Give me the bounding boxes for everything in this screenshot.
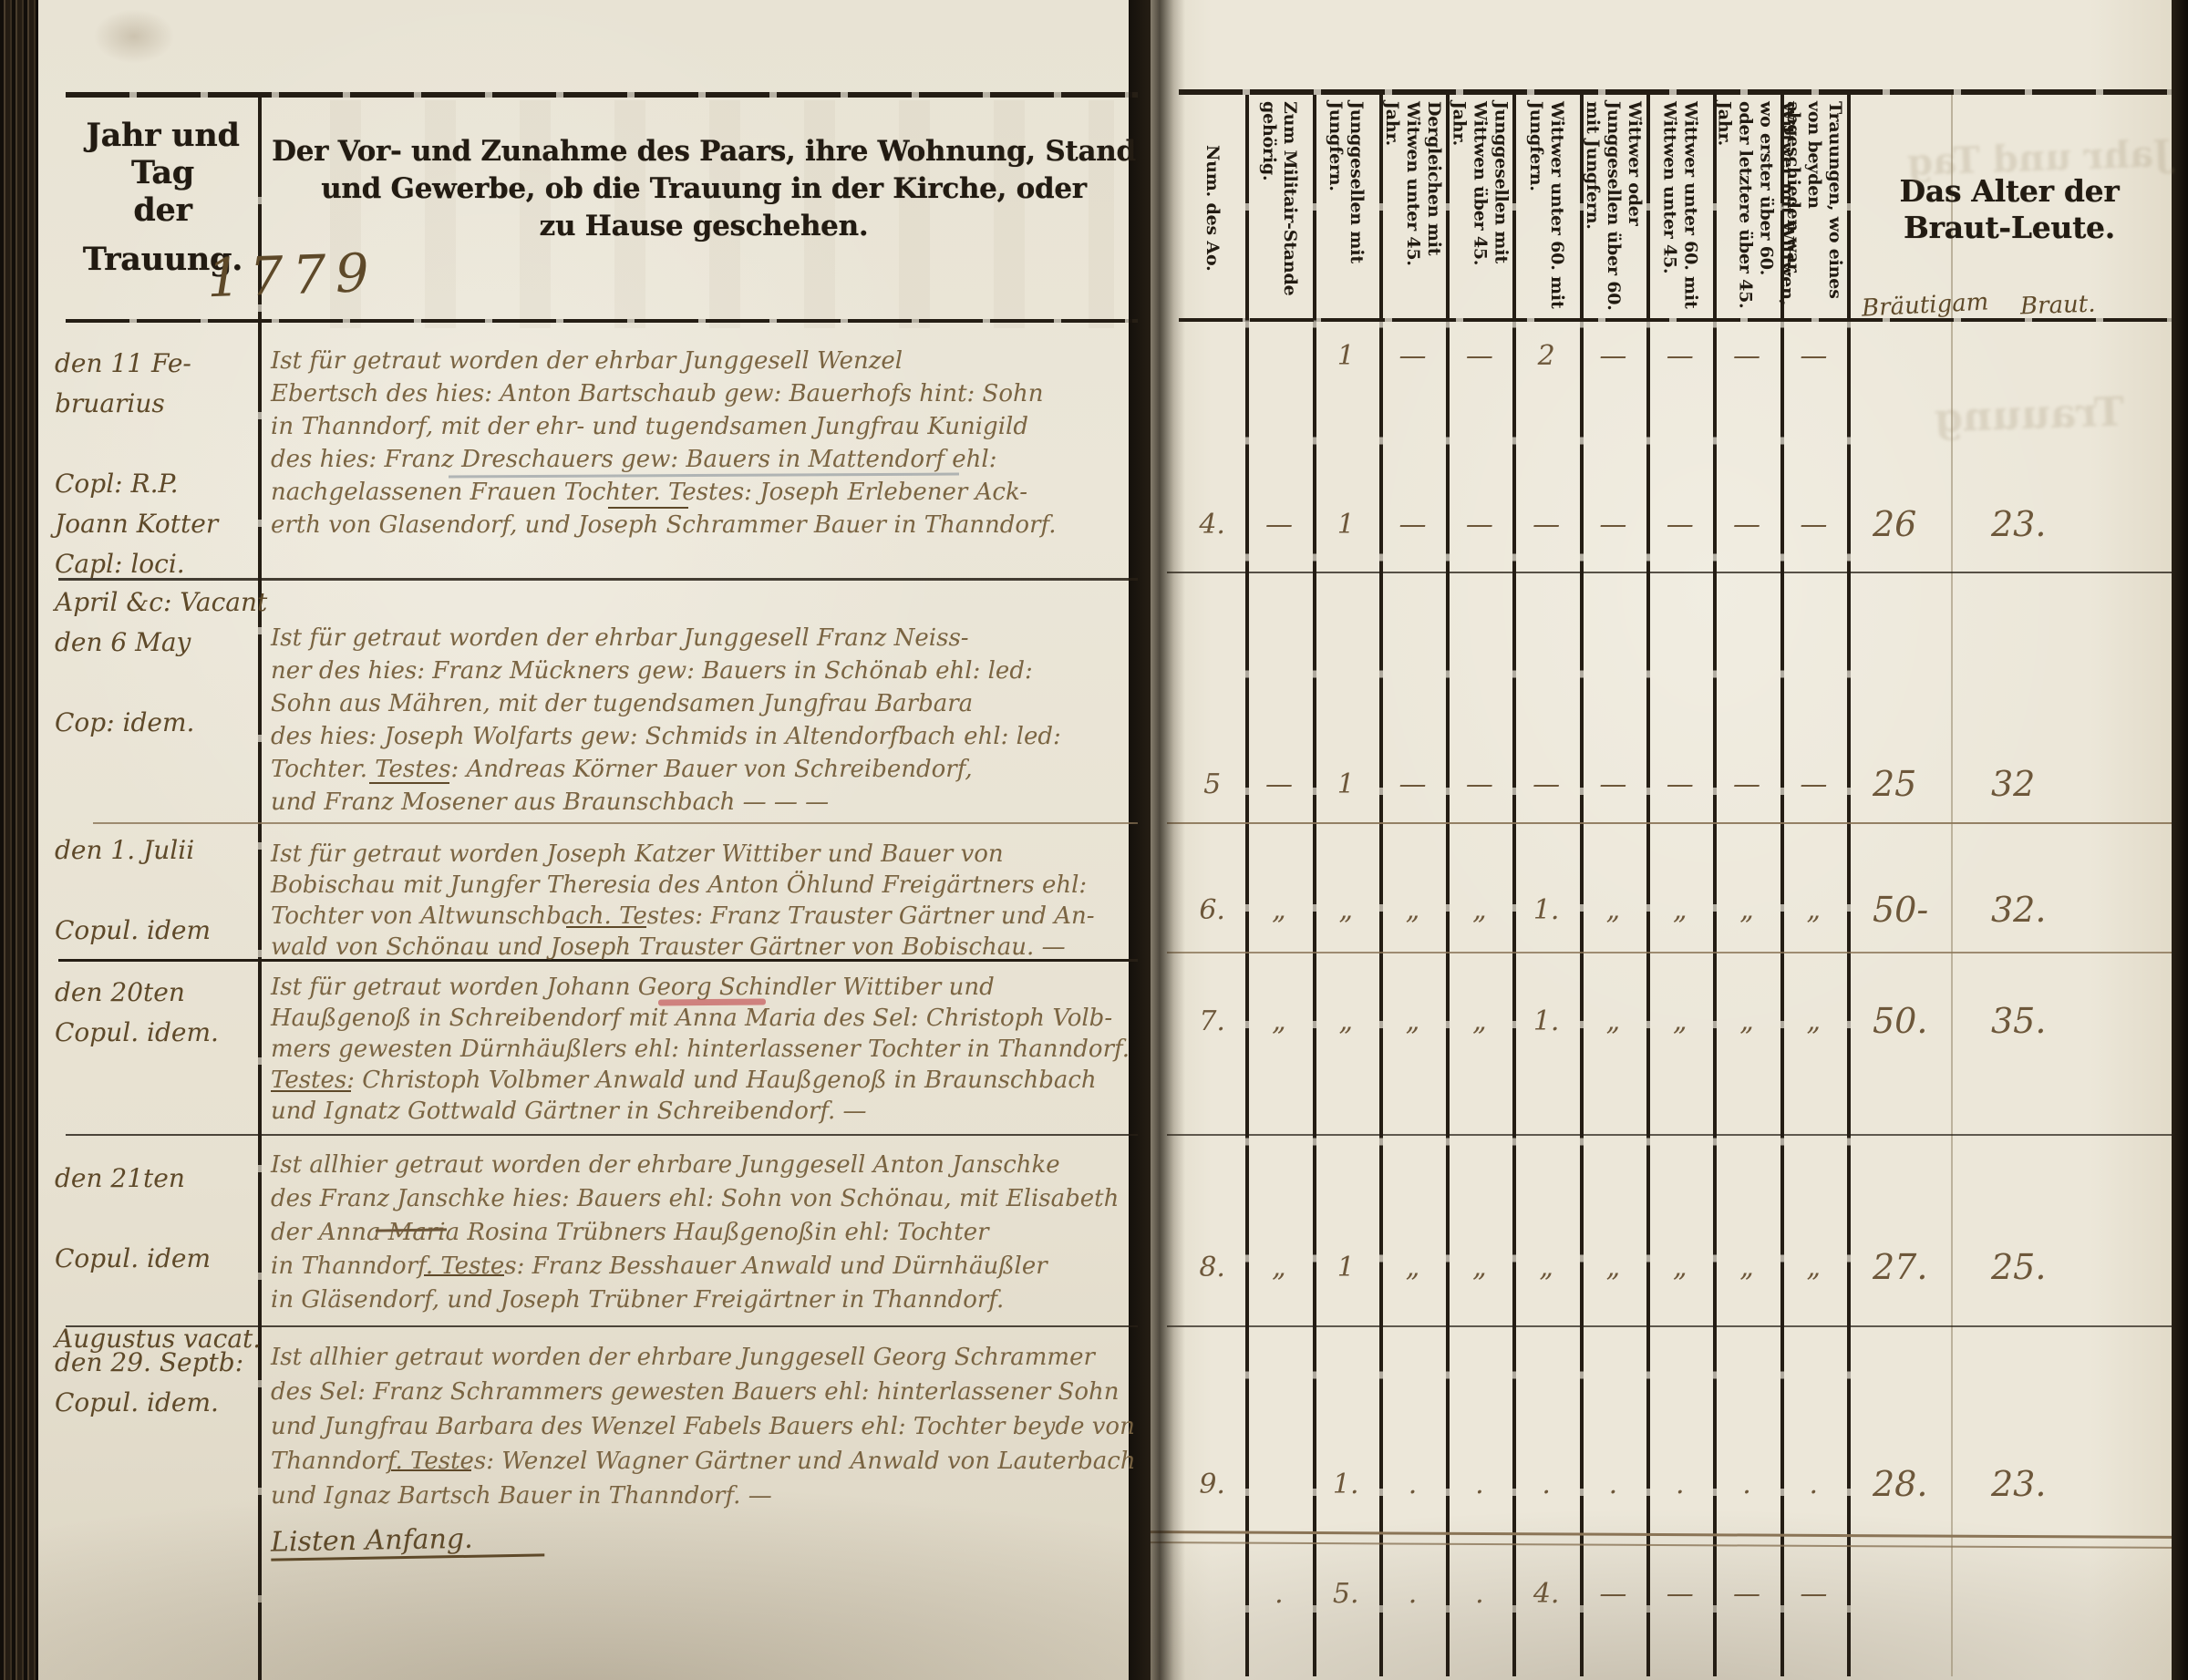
table-cell: „ bbox=[1379, 894, 1446, 926]
body-line: in Gläsendorf, und Joseph Trübner Freigä… bbox=[271, 1283, 1137, 1317]
margin-line: bruarius bbox=[55, 388, 263, 428]
column-header-cell: Wittwer unter 60. mit Jungfern. bbox=[1512, 95, 1579, 321]
table-cell: — bbox=[1780, 1578, 1847, 1610]
body-line: Ist für getraut worden Johann Georg Schi… bbox=[271, 972, 1137, 1003]
table-cell: — bbox=[1512, 509, 1579, 541]
body-line: erth von Glasendorf, und Joseph Schramme… bbox=[271, 509, 1137, 541]
header-line: Jahr und Tag bbox=[66, 117, 260, 191]
margin-line bbox=[55, 1283, 263, 1324]
table-cell: „ bbox=[1646, 1252, 1713, 1283]
body-line: Tochter. Testes: Andreas Körner Bauer vo… bbox=[271, 753, 1137, 786]
table-cell: — bbox=[1379, 768, 1446, 800]
table-cell: — bbox=[1580, 509, 1646, 541]
row-separator bbox=[1167, 1325, 2172, 1327]
totals-row: .5...4.———— bbox=[1179, 1555, 2172, 1632]
body-line: Ist für getraut worden Joseph Katzer Wit… bbox=[271, 839, 1137, 870]
age-header-block: Das Alter der Braut-Leute. Bräutigam Bra… bbox=[1847, 95, 2172, 321]
table-row: 4.—1———————2623. bbox=[1179, 483, 2172, 565]
footer-note: Listen Anfang. bbox=[271, 1521, 545, 1561]
margin-line bbox=[55, 875, 263, 915]
entry-1-margin: den 11 Fe-bruariusCopl: R.P.Joann Kotter… bbox=[55, 348, 263, 589]
body-line: und Franz Mosener aus Braunschbach — — — bbox=[271, 786, 1137, 819]
table-cell: 1. bbox=[1313, 1469, 1379, 1500]
left-page: Jahr und TagderTrauung. Der Vor- und Zun… bbox=[38, 0, 1129, 1680]
body-line: Haußgenoß in Schreibendorf mit Anna Mari… bbox=[271, 1003, 1137, 1034]
table-cell: — bbox=[1713, 768, 1780, 800]
row-separator bbox=[1167, 572, 2172, 573]
body-line: wald von Schönau und Joseph Trauster Gär… bbox=[271, 932, 1137, 963]
body-line: Tochter von Altwunschbach. Testes: Franz… bbox=[271, 901, 1137, 932]
table-cell: „ bbox=[1245, 894, 1312, 926]
book-right-edge bbox=[2170, 0, 2188, 1680]
table-cell: 1 bbox=[1313, 340, 1379, 372]
table-cell: 1 bbox=[1313, 768, 1379, 800]
margin-line: den 6 May bbox=[55, 627, 263, 667]
body-line: Sohn aus Mähren, mit der tugendsamen Jun… bbox=[271, 687, 1137, 720]
body-line: des hies: Franz Dreschauers gew: Bauers … bbox=[271, 443, 1137, 476]
margin-line: Copul. idem. bbox=[55, 1387, 263, 1427]
body-line: Bobischau mit Jungfer Theresia des Anton… bbox=[271, 870, 1137, 901]
bride-column-label: Braut. bbox=[2020, 291, 2096, 321]
year-value: 1779 bbox=[206, 242, 379, 310]
entry-6-margin: den 29. Septb:Copul. idem. bbox=[55, 1347, 263, 1427]
body-line: und Ignaz Bartsch Bauer in Thanndorf. — bbox=[271, 1479, 1137, 1513]
table-cell: — bbox=[1580, 1578, 1646, 1610]
body-line: mers gewesten Dürnhäußlers ehl: hinterla… bbox=[271, 1034, 1137, 1065]
entry-5-body: Ist allhier getraut worden der ehrbare J… bbox=[271, 1149, 1137, 1317]
margin-line bbox=[55, 1203, 263, 1243]
row-separator bbox=[1167, 822, 2172, 824]
table-cell: 9. bbox=[1179, 1469, 1245, 1500]
body-line: des Sel: Franz Schrammers gewesten Bauer… bbox=[271, 1375, 1137, 1409]
entry-4-body: Ist für getraut worden Johann Georg Schi… bbox=[271, 972, 1137, 1127]
entry-4-margin: den 20tenCopul. idem. bbox=[55, 977, 263, 1057]
header-line: zu Hause geschehen. bbox=[266, 210, 1141, 247]
column-header-cell: Trauungen, wo eines von beyden abgeschie… bbox=[1780, 95, 1847, 321]
book-left-page-stack bbox=[0, 0, 38, 1680]
table-cell: 1 bbox=[1313, 509, 1379, 541]
column-header-cell: Junggesellen mit Jungfern. bbox=[1313, 95, 1379, 321]
header-line: und Gewerbe, ob die Trauung in der Kirch… bbox=[266, 172, 1141, 210]
entry-2-body: Ist für getraut worden der ehrbar Jungge… bbox=[271, 622, 1137, 819]
table-top-border bbox=[66, 92, 1138, 98]
column-header-cell: Wittwer mit Wittwen, wo erster über 60. … bbox=[1713, 95, 1780, 321]
table-cell: „ bbox=[1580, 894, 1646, 926]
table-row: 9.1........28.23. bbox=[1179, 1448, 2172, 1520]
right-page: Num. des Ao.Zum Militair-Stande gehörig.… bbox=[1151, 0, 2172, 1680]
body-line: des Franz Janschke hies: Bauers ehl: Soh… bbox=[271, 1182, 1137, 1216]
main-column-header: Der Vor- und Zunahme des Paars, ihre Woh… bbox=[266, 135, 1141, 247]
table-cell: — bbox=[1646, 509, 1713, 541]
table-cell: — bbox=[1713, 340, 1780, 372]
row-separator bbox=[1167, 952, 2172, 953]
table-cell: „ bbox=[1446, 894, 1512, 926]
body-line: und Jungfrau Barbara des Wenzel Fabels B… bbox=[271, 1409, 1137, 1444]
header-line: Der Vor- und Zunahme des Paars, ihre Woh… bbox=[266, 135, 1141, 172]
margin-line: Copl: R.P. bbox=[55, 469, 263, 509]
table-cell: . bbox=[1713, 1469, 1780, 1500]
table-cell: — bbox=[1446, 768, 1512, 800]
table-cell: 5. bbox=[1313, 1578, 1379, 1610]
table-cell: „ bbox=[1245, 1252, 1312, 1283]
body-line: Ist allhier getraut worden der ehrbare J… bbox=[271, 1340, 1137, 1375]
register-spread: Jahr und TagderTrauung. Der Vor- und Zun… bbox=[0, 0, 2188, 1680]
table-cell: 35. bbox=[1951, 1001, 2172, 1041]
table-cell: — bbox=[1780, 509, 1847, 541]
body-line: in Thanndorf. Testes: Franz Besshauer An… bbox=[271, 1250, 1137, 1283]
margin-line: Copul. idem bbox=[55, 1243, 263, 1283]
table-cell: . bbox=[1646, 1469, 1713, 1500]
table-cell: „ bbox=[1313, 1005, 1379, 1037]
body-line: und Ignatz Gottwald Gärtner in Schreiben… bbox=[271, 1096, 1137, 1127]
bleedthrough-text: Jahr und Tag bbox=[1906, 132, 2171, 184]
table-cell: „ bbox=[1379, 1005, 1446, 1037]
table-cell: — bbox=[1512, 768, 1579, 800]
table-cell: — bbox=[1646, 340, 1713, 372]
margin-line: Capl: loci. bbox=[55, 549, 263, 589]
table-cell: 4. bbox=[1512, 1578, 1579, 1610]
table-cell: — bbox=[1713, 509, 1780, 541]
column-header-cell: Wittwer oder Junggesellen über 60. mit J… bbox=[1580, 95, 1646, 321]
entry-5-margin: den 21tenCopul. idemAugustus vacat. bbox=[55, 1163, 263, 1364]
table-cell: 5 bbox=[1179, 768, 1245, 800]
table-cell: — bbox=[1446, 509, 1512, 541]
carryover-row: 1——2———— bbox=[1179, 326, 2172, 385]
table-cell: — bbox=[1780, 340, 1847, 372]
body-line: ner des hies: Franz Mückners gew: Bauers… bbox=[271, 654, 1137, 687]
margin-line: den 1. Julii bbox=[55, 835, 263, 875]
margin-line: den 11 Fe- bbox=[55, 348, 263, 388]
table-cell: 1 bbox=[1313, 1252, 1379, 1283]
table-row: 6.„„„„1.„„„„50-32. bbox=[1179, 873, 2172, 946]
table-cell: „ bbox=[1446, 1005, 1512, 1037]
table-cell: — bbox=[1780, 768, 1847, 800]
table-cell: „ bbox=[1512, 1252, 1579, 1283]
header-line: der bbox=[66, 191, 260, 241]
table-cell: „ bbox=[1713, 1252, 1780, 1283]
margin-line: den 29. Septb: bbox=[55, 1347, 263, 1387]
table-cell: „ bbox=[1580, 1005, 1646, 1037]
body-line: Ebertsch des hies: Anton Bartschaub gew:… bbox=[271, 377, 1137, 410]
table-cell: 6. bbox=[1179, 894, 1245, 926]
table-cell: . bbox=[1379, 1578, 1446, 1610]
table-cell: 50. bbox=[1847, 1001, 1951, 1041]
table-cell: . bbox=[1379, 1469, 1446, 1500]
table-cell: „ bbox=[1713, 894, 1780, 926]
table-cell: 27. bbox=[1847, 1247, 1951, 1287]
table-cell: 7. bbox=[1179, 1005, 1245, 1037]
table-cell: 28. bbox=[1847, 1464, 1951, 1504]
book-gutter-shadow bbox=[1129, 0, 1185, 1680]
body-line: Ist für getraut worden der ehrbar Jungge… bbox=[271, 622, 1137, 654]
table-cell: — bbox=[1379, 509, 1446, 541]
table-cell: 23. bbox=[1951, 1464, 2172, 1504]
column-header-cell: Num. des Ao. bbox=[1179, 95, 1245, 321]
ink-smudge bbox=[93, 9, 175, 64]
table-cell: — bbox=[1245, 768, 1312, 800]
table-cell: 23. bbox=[1951, 504, 2172, 544]
margin-line bbox=[55, 428, 263, 469]
table-cell: . bbox=[1245, 1578, 1312, 1610]
table-cell: 8. bbox=[1179, 1252, 1245, 1283]
table-cell: 1. bbox=[1512, 1005, 1579, 1037]
margin-line: den 20ten bbox=[55, 977, 263, 1017]
body-line: Ist allhier getraut worden der ehrbare J… bbox=[271, 1149, 1137, 1182]
column-header-cell: Wittwer unter 60. mit Wittwen unter 45. bbox=[1646, 95, 1713, 321]
table-cell: 50- bbox=[1847, 890, 1951, 930]
table-row: 8.„1„„„„„„„27.25. bbox=[1179, 1231, 2172, 1304]
table-cell: — bbox=[1379, 340, 1446, 372]
table-cell: 2 bbox=[1512, 340, 1579, 372]
margin-line: Copul. idem bbox=[55, 915, 263, 955]
table-cell: — bbox=[1713, 1578, 1780, 1610]
table-cell: „ bbox=[1713, 1005, 1780, 1037]
table-cell: — bbox=[1245, 509, 1312, 541]
table-cell: 25 bbox=[1847, 764, 1951, 804]
row-separator bbox=[1167, 1134, 2172, 1136]
table-cell: 32. bbox=[1951, 890, 2172, 930]
table-cell: — bbox=[1580, 340, 1646, 372]
table-cell: „ bbox=[1245, 1005, 1312, 1037]
table-cell: „ bbox=[1646, 894, 1713, 926]
table-row: 5—1———————2532 bbox=[1179, 747, 2172, 820]
entry-3-body: Ist für getraut worden Joseph Katzer Wit… bbox=[271, 839, 1137, 963]
table-cell: 25. bbox=[1951, 1247, 2172, 1287]
margin-line: Copul. idem. bbox=[55, 1017, 263, 1057]
table-cell: — bbox=[1446, 340, 1512, 372]
table-cell: . bbox=[1446, 1578, 1512, 1610]
margin-line: Cop: idem. bbox=[55, 707, 263, 747]
table-cell: „ bbox=[1446, 1252, 1512, 1283]
table-cell: „ bbox=[1379, 1252, 1446, 1283]
margin-line: Joann Kotter bbox=[55, 509, 263, 549]
body-line: Testes: Christoph Volbmer Anwald und Hau… bbox=[271, 1065, 1137, 1096]
entry-1-body: Ist für getraut worden der ehrbar Jungge… bbox=[271, 345, 1137, 541]
table-cell: . bbox=[1580, 1469, 1646, 1500]
table-cell: „ bbox=[1580, 1252, 1646, 1283]
table-row: 7.„„„„1.„„„„50.35. bbox=[1179, 984, 2172, 1057]
table-cell: . bbox=[1512, 1469, 1579, 1500]
table-cell: 32 bbox=[1951, 764, 2172, 804]
body-line: nachgelassenen Frauen Tochter. Testes: J… bbox=[271, 476, 1137, 509]
table-cell: „ bbox=[1313, 894, 1379, 926]
table-cell: 4. bbox=[1179, 509, 1245, 541]
body-line: der Anna Maria Rosina Trübners Haußgenoß… bbox=[271, 1216, 1137, 1250]
table-cell: — bbox=[1646, 1578, 1713, 1610]
entry-2-margin: April &c: Vacantden 6 MayCop: idem. bbox=[55, 587, 263, 747]
entry-3-margin: den 1. JuliiCopul. idem bbox=[55, 835, 263, 955]
entry-separator bbox=[93, 822, 1138, 824]
header-bottom-rule bbox=[66, 319, 1138, 323]
table-cell: — bbox=[1580, 768, 1646, 800]
table-cell: 1. bbox=[1512, 894, 1579, 926]
body-line: Ist für getraut worden der ehrbar Jungge… bbox=[271, 345, 1137, 377]
table-cell: . bbox=[1780, 1469, 1847, 1500]
entry-6-body: Ist allhier getraut worden der ehrbare J… bbox=[271, 1340, 1137, 1513]
body-line: des hies: Joseph Wolfarts gew: Schmids i… bbox=[271, 720, 1137, 753]
column-header-cell: Junggesellen mit Wittwen über 45. Jahr. bbox=[1446, 95, 1512, 321]
body-line: in Thanndorf, mit der ehr- und tugendsam… bbox=[271, 410, 1137, 443]
table-cell: 26 bbox=[1847, 504, 1951, 544]
table-cell: „ bbox=[1780, 1252, 1847, 1283]
table-cell: „ bbox=[1646, 1005, 1713, 1037]
bleedthrough-text: Trauung bbox=[1934, 388, 2125, 441]
table-cell: „ bbox=[1780, 894, 1847, 926]
table-cell: „ bbox=[1780, 1005, 1847, 1037]
column-header-cell: Dergleichen mit Witwen unter 45. Jahr. bbox=[1379, 95, 1446, 321]
table-cell: — bbox=[1646, 768, 1713, 800]
groom-column-label: Bräutigam bbox=[1861, 288, 1989, 322]
table-cell: . bbox=[1446, 1469, 1512, 1500]
margin-line: April &c: Vacant bbox=[55, 587, 263, 627]
margin-line bbox=[55, 667, 263, 707]
margin-line: den 21ten bbox=[55, 1163, 263, 1203]
entry-separator bbox=[66, 1134, 1138, 1136]
body-line: Thanndorf. Testes: Wenzel Wagner Gärtner… bbox=[271, 1444, 1137, 1479]
column-header-cell: Zum Militair-Stande gehörig. bbox=[1245, 95, 1312, 321]
